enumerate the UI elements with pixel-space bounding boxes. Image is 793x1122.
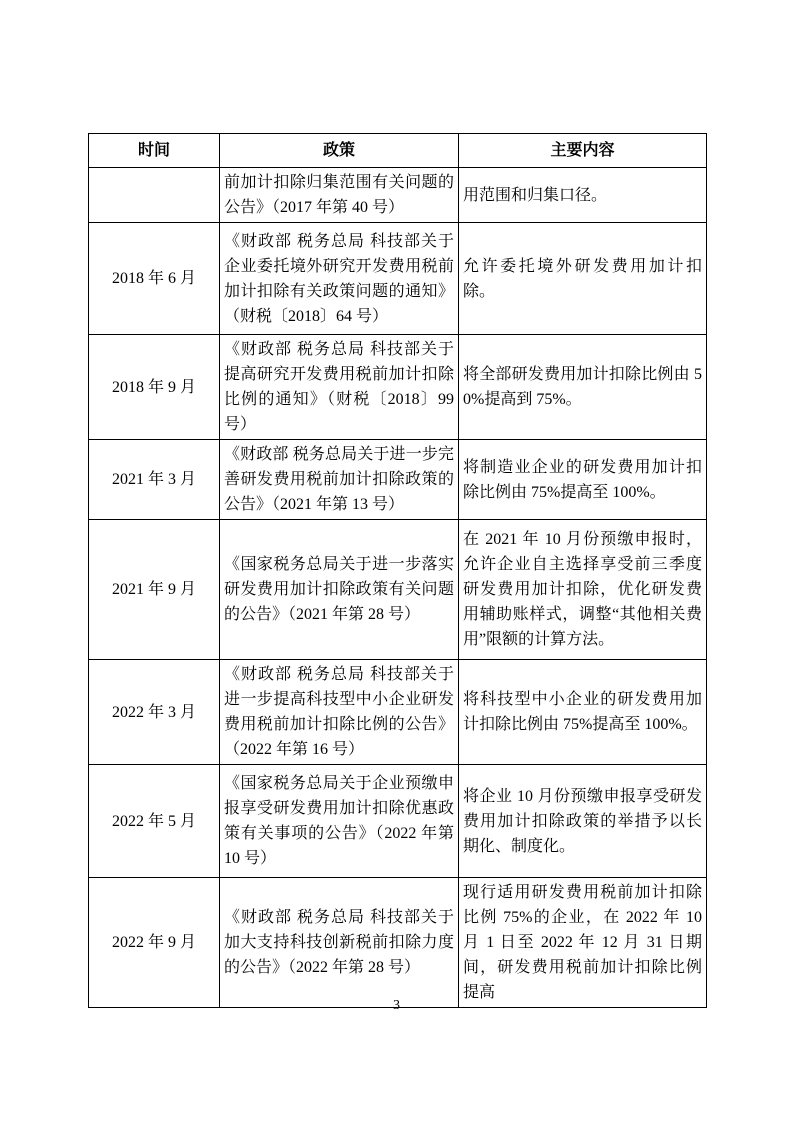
- table-row: 前加计扣除归集范围有关问题的公告》（2017 年第 40 号） 用范围和归集口径…: [89, 168, 707, 223]
- column-header-content: 主要内容: [459, 134, 707, 168]
- table-row: 2021 年 9 月 《国家税务总局关于进一步落实研发费用加计扣除政策有关问题的…: [89, 520, 707, 660]
- cell-policy: 《财政部 税务总局 科技部关于企业委托境外研究开发费用税前加计扣除有关政策问题的…: [220, 223, 459, 335]
- cell-policy: 前加计扣除归集范围有关问题的公告》（2017 年第 40 号）: [220, 168, 459, 223]
- cell-policy: 《财政部 税务总局关于进一步完善研发费用税前加计扣除政策的公告》（2021 年第…: [220, 440, 459, 520]
- cell-content: 将企业 10 月份预缴申报享受研发费用加计扣除政策的举措予以长期化、制度化。: [459, 765, 707, 878]
- table-row: 2022 年 5 月 《国家税务总局关于企业预缴申报享受研发费用加计扣除优惠政策…: [89, 765, 707, 878]
- cell-content: 允许委托境外研发费用加计扣除。: [459, 223, 707, 335]
- cell-content: 用范围和归集口径。: [459, 168, 707, 223]
- table-row: 2018 年 9 月 《财政部 税务总局 科技部关于提高研究开发费用税前加计扣除…: [89, 335, 707, 440]
- table-row: 2018 年 6 月 《财政部 税务总局 科技部关于企业委托境外研究开发费用税前…: [89, 223, 707, 335]
- policy-table: 时间 政策 主要内容 前加计扣除归集范围有关问题的公告》（2017 年第 40 …: [88, 133, 707, 1008]
- cell-time: 2022 年 9 月: [89, 878, 220, 1008]
- cell-content: 将全部研发费用加计扣除比例由 50%提高到 75%。: [459, 335, 707, 440]
- cell-time: 2021 年 3 月: [89, 440, 220, 520]
- cell-time: [89, 168, 220, 223]
- cell-time: 2018 年 6 月: [89, 223, 220, 335]
- document-page: 时间 政策 主要内容 前加计扣除归集范围有关问题的公告》（2017 年第 40 …: [0, 0, 793, 1122]
- cell-content: 现行适用研发费用税前加计扣除比例 75%的企业，在 2022 年 10 月 1 …: [459, 878, 707, 1008]
- table-row: 2021 年 3 月 《财政部 税务总局关于进一步完善研发费用税前加计扣除政策的…: [89, 440, 707, 520]
- cell-content: 将科技型中小企业的研发费用加计扣除比例由 75%提高至 100%。: [459, 660, 707, 765]
- cell-content: 在 2021 年 10 月份预缴申报时，允许企业自主选择享受前三季度研发费用加计…: [459, 520, 707, 660]
- cell-policy: 《国家税务总局关于进一步落实研发费用加计扣除政策有关问题的公告》（2021 年第…: [220, 520, 459, 660]
- column-header-time: 时间: [89, 134, 220, 168]
- cell-time: 2022 年 3 月: [89, 660, 220, 765]
- table-row: 2022 年 9 月 《财政部 税务总局 科技部关于加大支持科技创新税前扣除力度…: [89, 878, 707, 1008]
- cell-content: 将制造业企业的研发费用加计扣除比例由 75%提高至 100%。: [459, 440, 707, 520]
- column-header-policy: 政策: [220, 134, 459, 168]
- table-header-row: 时间 政策 主要内容: [89, 134, 707, 168]
- cell-policy: 《财政部 税务总局 科技部关于提高研究开发费用税前加计扣除比例的通知》（财税〔2…: [220, 335, 459, 440]
- cell-policy: 《国家税务总局关于企业预缴申报享受研发费用加计扣除优惠政策有关事项的公告》（20…: [220, 765, 459, 878]
- page-number: 3: [0, 998, 793, 1014]
- cell-policy: 《财政部 税务总局 科技部关于进一步提高科技型中小企业研发费用税前加计扣除比例的…: [220, 660, 459, 765]
- cell-time: 2022 年 5 月: [89, 765, 220, 878]
- cell-time: 2018 年 9 月: [89, 335, 220, 440]
- table-row: 2022 年 3 月 《财政部 税务总局 科技部关于进一步提高科技型中小企业研发…: [89, 660, 707, 765]
- cell-time: 2021 年 9 月: [89, 520, 220, 660]
- cell-policy: 《财政部 税务总局 科技部关于加大支持科技创新税前扣除力度的公告》（2022 年…: [220, 878, 459, 1008]
